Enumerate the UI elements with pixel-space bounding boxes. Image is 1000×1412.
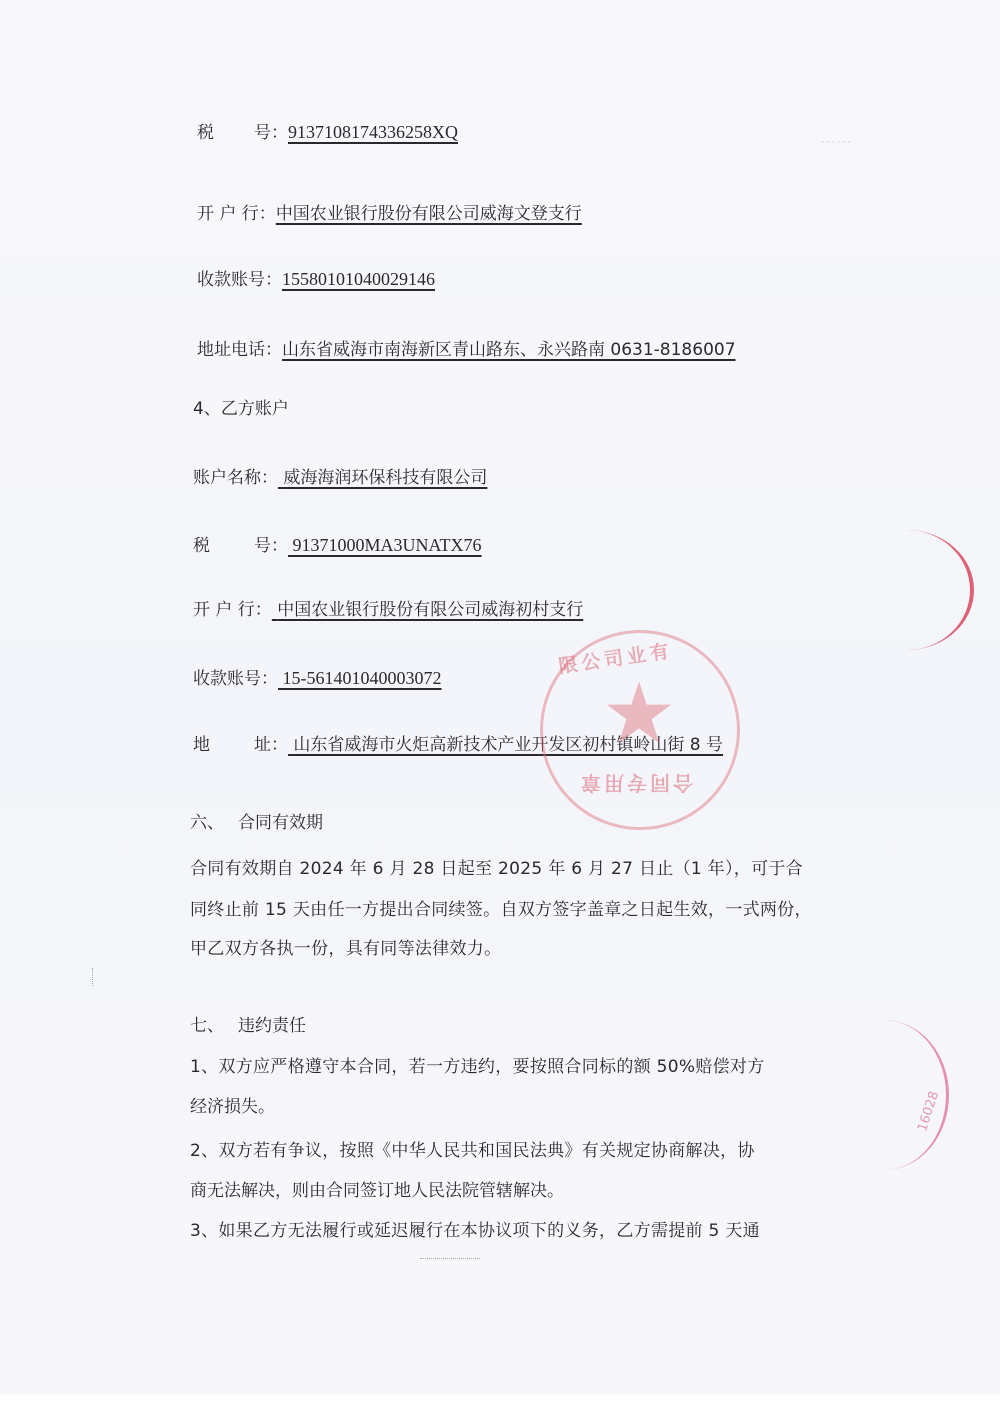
scan-speck <box>420 1258 480 1279</box>
party-a-account-label: 收款账号： <box>197 268 282 292</box>
section-six-number: 六、 <box>190 813 224 833</box>
party-b-bank-row: 开 户 行： 中国农业银行股份有限公司威海初村支行 <box>193 598 583 622</box>
contract-seal-stamp: 合同专用章 限公司业有 <box>540 630 740 830</box>
section-six-title: 合同有效期 <box>238 813 323 833</box>
party-a-account-value: 15580101040029146 <box>282 269 435 289</box>
seal-bottom-text: 合同专用章 <box>578 770 693 799</box>
section-seven-heading: 七、违约责任 <box>190 1014 306 1038</box>
clause-2-line-1: 2、双方若有争议，按照《中华人民共和国民法典》有关规定协商解决，协 <box>190 1139 755 1163</box>
party-a-account-row: 收款账号：15580101040029146 <box>197 267 435 292</box>
party-a-bank-label: 开 户 行： <box>197 202 276 226</box>
party-b-tax-id-label: 税号： <box>193 534 288 558</box>
party-a-address-value: 山东省威海市南海新区青山路东、永兴路南 0631-8186007 <box>282 340 736 360</box>
section-seven-number: 七、 <box>190 1016 224 1036</box>
section-seven-title: 违约责任 <box>238 1016 306 1036</box>
party-b-name-value: 威海海润环保科技有限公司 <box>278 468 487 488</box>
party-a-tax-id-row: 税号：9137108174336258XQ <box>197 120 458 145</box>
party-a-tax-id-label: 税号： <box>197 121 288 145</box>
party-a-bank-value: 中国农业银行股份有限公司威海文登支行 <box>276 204 582 224</box>
clause-1-line-1: 1、双方应严格遵守本合同，若一方违约，要按照合同标的额 50%赔偿对方 <box>190 1055 765 1079</box>
party-b-tax-id-value: 91371000MA3UNATX76 <box>288 535 482 555</box>
scan-speck <box>92 968 99 986</box>
bleed-through-text: …… <box>820 128 852 147</box>
document-page: …… 税号：9137108174336258XQ 开 户 行：中国农业银行股份有… <box>0 0 1000 1412</box>
party-a-bank-row: 开 户 行：中国农业银行股份有限公司威海文登支行 <box>197 202 582 226</box>
section-six-line-2: 同终止前 15 天由任一方提出合同续签。自双方签字盖章之日起生效，一式两份， <box>190 898 812 922</box>
party-b-account-value: 15-561401040003072 <box>278 668 442 688</box>
party-b-address-label: 地址： <box>193 733 288 757</box>
partial-seal-edge-upper <box>840 530 974 650</box>
party-b-account-label: 收款账号： <box>193 667 278 691</box>
clause-3-line-1: 3、如果乙方无法履行或延迟履行在本协议项下的义务，乙方需提前 5 天通 <box>190 1219 760 1243</box>
clause-1-line-2: 经济损失。 <box>190 1095 275 1119</box>
section-six-line-3: 甲乙双方各执一份，具有同等法律效力。 <box>190 937 501 961</box>
party-a-address-label: 地址电话： <box>197 338 282 362</box>
seal-star-icon <box>604 678 674 748</box>
party-b-account-row: 收款账号： 15-561401040003072 <box>193 666 442 691</box>
party-b-name-row: 账户名称： 威海海润环保科技有限公司 <box>193 466 487 490</box>
party-b-tax-id-row: 税号： 91371000MA3UNATX76 <box>193 533 482 558</box>
party-b-heading: 4、乙方账户 <box>193 397 289 421</box>
party-b-bank-value: 中国农业银行股份有限公司威海初村支行 <box>272 600 583 620</box>
party-a-address-row: 地址电话：山东省威海市南海新区青山路东、永兴路南 0631-8186007 <box>197 338 736 362</box>
scan-bottom-edge <box>0 1395 1000 1412</box>
party-b-bank-label: 开 户 行： <box>193 598 272 622</box>
section-six-heading: 六、合同有效期 <box>190 811 323 835</box>
clause-2-line-2: 商无法解决，则由合同签订地人民法院管辖解决。 <box>190 1179 564 1203</box>
party-a-tax-id-value: 9137108174336258XQ <box>288 122 458 142</box>
party-b-name-label: 账户名称： <box>193 466 278 490</box>
section-six-line-1: 合同有效期自 2024 年 6 月 28 日起至 2025 年 6 月 27 日… <box>190 857 803 881</box>
partial-seal-edge-lower: 16028 <box>820 1020 950 1170</box>
